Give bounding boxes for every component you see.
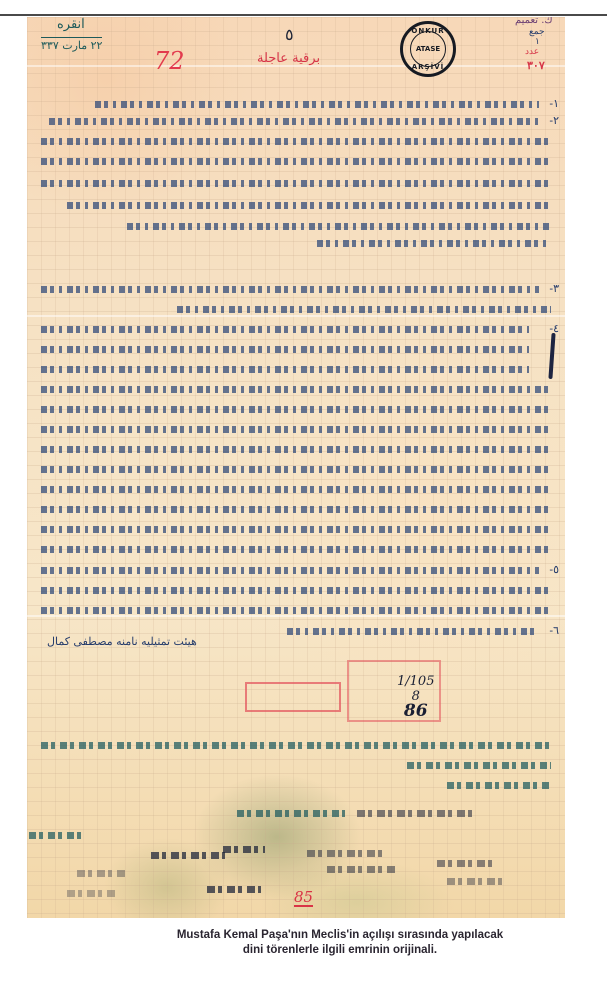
handwritten-line: [357, 807, 475, 821]
archive-ref-line3: ١: [535, 37, 540, 47]
handwritten-line: [41, 283, 539, 297]
handwritten-line: [41, 584, 551, 598]
handwritten-line: [41, 423, 551, 437]
handwritten-line: [41, 155, 551, 169]
bottom-red-number: 85: [294, 889, 313, 907]
paragraph-marker-1: ١-: [549, 97, 559, 110]
margin-bracket: [548, 333, 555, 379]
paragraph-marker-3: ٣-: [549, 282, 559, 295]
archive-stamp: ONKUR ATASE ARŞİVİ: [400, 21, 456, 77]
handwritten-line: [29, 829, 85, 845]
handwritten-line: [287, 625, 539, 639]
signature: [447, 875, 505, 889]
handwritten-line: [41, 604, 551, 618]
signature: [207, 883, 261, 901]
header-date: ٢٢ مارت ٣٣٧: [41, 37, 102, 52]
handwritten-line: [177, 303, 551, 317]
image-caption: Mustafa Kemal Paşa'nın Meclis'in açılışı…: [120, 928, 560, 958]
telegram-title: برقية عاجلة: [257, 51, 320, 66]
archive-number-line3: 86: [397, 704, 434, 719]
handwritten-line: [49, 115, 539, 129]
signature: [77, 867, 125, 881]
caption-line-1: Mustafa Kemal Paşa'nın Meclis'in açılışı…: [120, 928, 560, 943]
top-rule: [0, 14, 607, 16]
caption-line-2: dini törenlerle ilgili emrinin orijinali…: [120, 943, 560, 958]
handwritten-line: [41, 363, 529, 377]
handwritten-line: [41, 483, 551, 497]
handwritten-line: [67, 199, 551, 213]
handwritten-line: [95, 98, 539, 112]
handwritten-line: [41, 323, 529, 337]
stamp-bottom-text: ARŞİVİ: [412, 63, 444, 71]
signature: [223, 843, 265, 857]
handwritten-line: [41, 564, 539, 578]
paragraph-marker-5: ٥-: [549, 563, 559, 576]
signature: [307, 847, 385, 861]
archive-number: 1/105 8 86: [397, 674, 434, 719]
manuscript-document: آنقره ٢٢ مارت ٣٣٧ 72 ٥ برقية عاجلة ONKUR…: [27, 17, 565, 918]
registry-box-left: [245, 682, 341, 712]
handwritten-line: [41, 343, 529, 357]
archive-ref-line4: عدد: [525, 47, 539, 57]
page-number: 72: [154, 47, 185, 75]
handwritten-line: [447, 779, 551, 793]
handwritten-line: [41, 543, 551, 557]
archive-ref-line2: جمع: [529, 27, 545, 37]
handwritten-line: [41, 463, 551, 477]
closing-signature: هيئت تمثيليه نامنه مصطفى كمال: [47, 635, 197, 648]
paragraph-marker-2: ٢-: [549, 114, 559, 127]
signature: [437, 857, 495, 871]
handwritten-line: [237, 807, 345, 821]
stamp-top-text: ONKUR: [411, 27, 444, 35]
signature: [151, 849, 225, 867]
paragraph-marker-6: ٦-: [549, 624, 559, 637]
archive-ref-line5: ٣٠٧: [527, 59, 545, 72]
handwritten-line: [41, 739, 551, 753]
signature: [327, 863, 395, 877]
handwritten-line: [41, 135, 551, 149]
header-numeral: ٥: [285, 25, 294, 44]
archive-number-line1: 1/105: [397, 674, 434, 689]
handwritten-line: [127, 220, 551, 234]
handwritten-line: [407, 759, 551, 773]
handwritten-line: [41, 403, 551, 417]
archive-ref-line1: ك. تعميم: [515, 17, 553, 26]
handwritten-line: [41, 383, 551, 397]
handwritten-line: [317, 237, 551, 251]
handwritten-line: [41, 523, 551, 537]
header-place: آنقره: [57, 17, 85, 32]
handwritten-line: [41, 503, 551, 517]
signature: [67, 887, 115, 901]
handwritten-line: [41, 177, 551, 191]
handwritten-line: [41, 443, 551, 457]
